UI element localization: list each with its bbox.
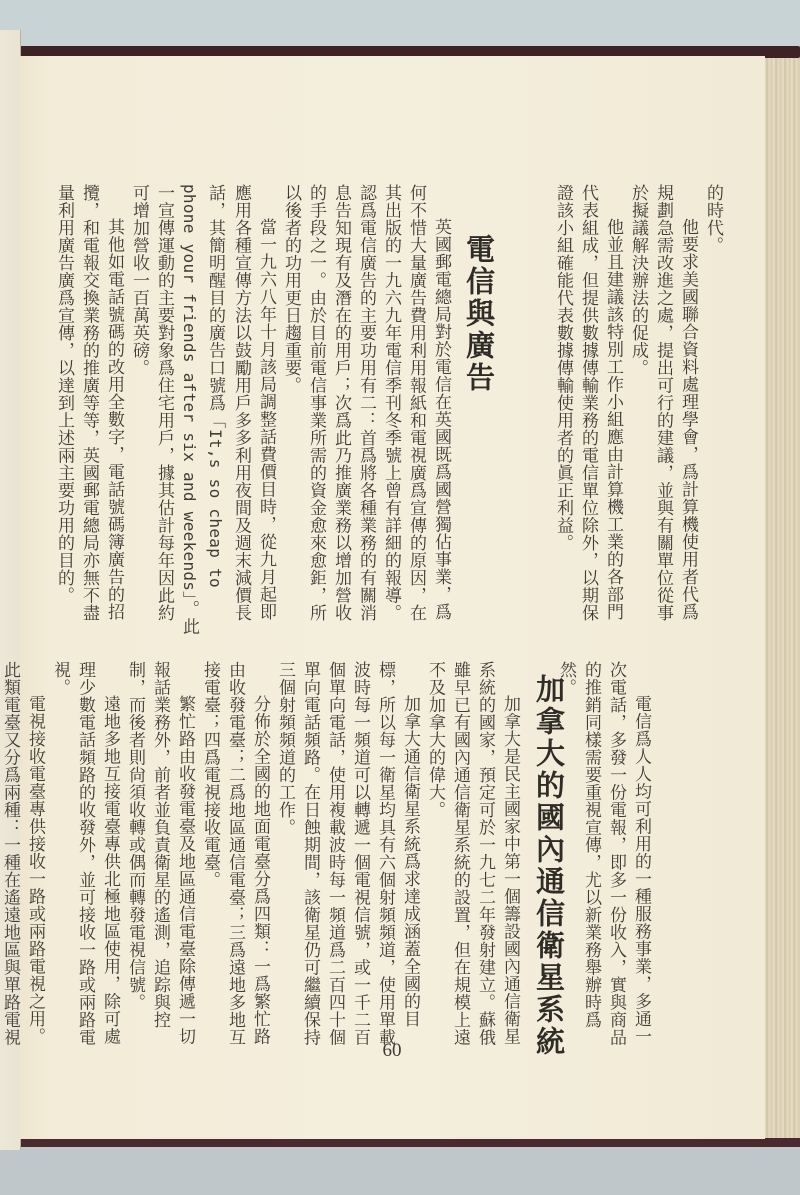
paragraph: 電視接收電臺專供接收一路或兩路電視之用。此類電臺又分爲兩種：一種在遙遠地區與單路… (0, 661, 47, 1051)
background-surface (0, 0, 800, 52)
background-surface (0, 1145, 800, 1195)
paragraph: 分佈於全國的地面電臺分爲四類：一爲繁忙路由收發電臺；二爲地區通信電臺；三爲遠地多… (197, 661, 272, 1051)
paragraph: 加拿大是民主國家中第一個籌設國內通信衛星系統的國家，預定可於一九七二年發射建立。… (422, 661, 522, 1051)
paragraph: 英國郵電總局對於電信在英國既爲國營獨佔事業，爲何不惜大量廣告費用利用報紙和電視廣… (278, 184, 453, 636)
paragraph: 他要求美國聯合資料處理學會，爲計算機使用者代爲規劃急需改進之處，提出可行的建議，… (625, 184, 700, 636)
paragraph: 遠地多地互接電臺專供北極地區使用，除可處理少數電話頻路的收發外，並可接收一路或兩… (47, 661, 122, 1051)
page-number: 60 (372, 1040, 412, 1062)
article-body-telecom-advertising: 英國郵電總局對於電信在英國既爲國營獨佔事業，爲何不惜大量廣告費用利用報紙和電視廣… (93, 184, 453, 636)
paragraph: 當一九六八年十月該局調整話費價目時，從九月起即應用各種宣傳方法以鼓勵用戶多多利用… (126, 184, 278, 636)
paragraph: 其他如電話號碼的改用全數字，電話號碼簿廣告的招攬，和電報交換業務的推廣等等，英國… (51, 184, 126, 636)
paragraph: 電信爲人人均可利用的一種服務事業，多通一次電話，多發一份電報，即多一份收入，實與… (553, 661, 653, 1051)
top-continuation-text: 的時代。 他要求美國聯合資料處理學會，爲計算機使用者代爲規劃急需改進之處，提出可… (477, 184, 725, 636)
paragraph: 他並且建議該特別工作小組應由計算機工業的各部門代表組成，但提供數據傳輸業務的電信… (550, 184, 625, 636)
article-title-telecom-advertising: 電信與廣告 (461, 234, 497, 394)
book-page: 的時代。 他要求美國聯合資料處理學會，爲計算機使用者代爲規劃急需改進之處，提出可… (20, 56, 765, 1139)
article-body-canada-satellite: 加拿大是民主國家中第一個籌設國內通信衛星系統的國家，預定可於一九七二年發射建立。… (42, 661, 522, 1051)
paragraph: 加拿大通信衛星系統爲求達成涵蓋全國的目標，所以每一衛星均具有六個射頻頻道，使用單… (272, 661, 422, 1051)
article-title-canada-satellite: 加拿大的國內通信衛星系統 (531, 674, 567, 1058)
paragraph: 的時代。 (700, 184, 725, 636)
book-cover-edge (20, 1138, 800, 1147)
bottom-continuation-text: 電信爲人人均可利用的一種服務事業，多通一次電話，多發一份電報，即多一份收入，實與… (573, 661, 653, 1051)
paragraph: 繁忙路由收發電臺及地區通信電臺除傳遞一切報話業務外，前者並負責衛星的遙測，追踪與… (122, 661, 197, 1051)
page-stack-edges (760, 58, 800, 1138)
